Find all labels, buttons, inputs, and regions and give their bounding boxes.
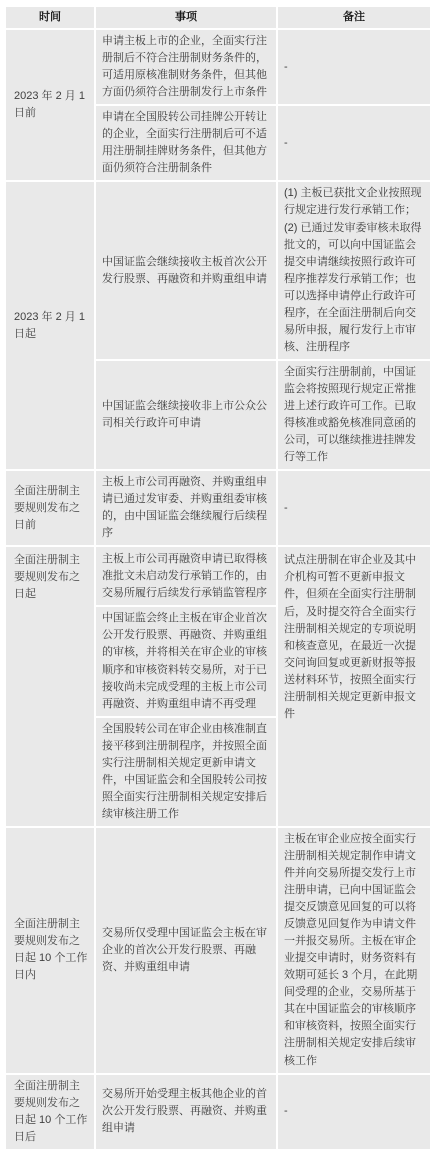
item-cell: 全国股转公司在审企业由核准制直接平移到注册制程序，并按照全面实行注册制相关规定更… xyxy=(96,718,276,826)
time-cell: 全面注册制主要规则发布之日起 10 个工作日内 xyxy=(6,828,94,1073)
column-header-time: 时间 xyxy=(6,7,94,28)
remark-cell: - xyxy=(278,471,430,545)
item-cell: 中国证监会终止主板在审企业首次公开发行股票、再融资、并购重组的审核，并将相关在审… xyxy=(96,607,276,715)
page: 时间 事项 备注 2023 年 2 月 1 日前 申请主板上市的企业，全面实行注… xyxy=(0,0,432,1156)
time-cell: 全面注册制主要规则发布之日起 10 个工作日后 xyxy=(6,1075,94,1149)
table-row: 2023 年 2 月 1 日前 申请主板上市的企业，全面实行注册制后不符合注册制… xyxy=(6,30,430,104)
item-cell: 主板上市公司再融资申请已取得核准批文未启动发行承销工作的，由交易所履行后续发行承… xyxy=(96,547,276,605)
time-cell: 全面注册制主要规则发布之日前 xyxy=(6,471,94,545)
table-row: 全面注册制主要规则发布之日起 10 个工作日内 交易所仅受理中国证监会主板在审企… xyxy=(6,828,430,1073)
item-cell: 中国证监会继续接收主板首次公开发行股票、再融资和并购重组申请 xyxy=(96,182,276,358)
column-header-item: 事项 xyxy=(96,7,276,28)
remark-cell: 试点注册制在审企业及其中介机构可暂不更新申报文件，但须在全面实行注册制后，及时提… xyxy=(278,547,430,826)
time-cell: 2023 年 2 月 1 日起 xyxy=(6,182,94,469)
item-cell: 申请在全国股转公司挂牌公开转让的企业，全面实行注册制后可不适用注册制挂牌财务条件… xyxy=(96,106,276,180)
item-cell: 交易所仅受理中国证监会主板在审企业的首次公开发行股票、再融资、并购重组申请 xyxy=(96,828,276,1073)
time-cell: 全面注册制主要规则发布之日起 xyxy=(6,547,94,826)
remark-cell: - xyxy=(278,1075,430,1149)
remark-cell: 全面实行注册制前，中国证监会将按照现行规定正常推进上述行政许可工作。已取得核准或… xyxy=(278,361,430,469)
item-cell: 中国证监会继续接收非上市公众公司相关行政许可申请 xyxy=(96,361,276,469)
table-row: 2023 年 2 月 1 日起 中国证监会继续接收主板首次公开发行股票、再融资和… xyxy=(6,182,430,358)
table-row: 全面注册制主要规则发布之日起 主板上市公司再融资申请已取得核准批文未启动发行承销… xyxy=(6,547,430,605)
header-row: 时间 事项 备注 xyxy=(6,7,430,28)
time-cell: 2023 年 2 月 1 日前 xyxy=(6,30,94,180)
remark-cell: 主板在审企业应按全面实行注册制相关规定制作申请文件并向交易所提交发行上市注册申请… xyxy=(278,828,430,1073)
column-header-remark: 备注 xyxy=(278,7,430,28)
item-cell: 主板上市公司再融资、并购重组申请已通过发审委、并购重组委审核的，由中国证监会继续… xyxy=(96,471,276,545)
table-row: 全面注册制主要规则发布之日前 主板上市公司再融资、并购重组申请已通过发审委、并购… xyxy=(6,471,430,545)
item-cell: 申请主板上市的企业，全面实行注册制后不符合注册制财务条件的，可适用原核准制财务条… xyxy=(96,30,276,104)
table-row: 全面注册制主要规则发布之日起 10 个工作日后 交易所开始受理主板其他企业的首次… xyxy=(6,1075,430,1149)
remark-cell: - xyxy=(278,106,430,180)
remark-cell: (1) 主板已获批文企业按照现行规定进行发行承销工作； (2) 已通过发审委审核… xyxy=(278,182,430,358)
item-cell: 交易所开始受理主板其他企业的首次公开发行股票、再融资、并购重组申请 xyxy=(96,1075,276,1149)
registration-transition-schedule-table: 时间 事项 备注 2023 年 2 月 1 日前 申请主板上市的企业，全面实行注… xyxy=(4,5,432,1151)
remark-cell: - xyxy=(278,30,430,104)
